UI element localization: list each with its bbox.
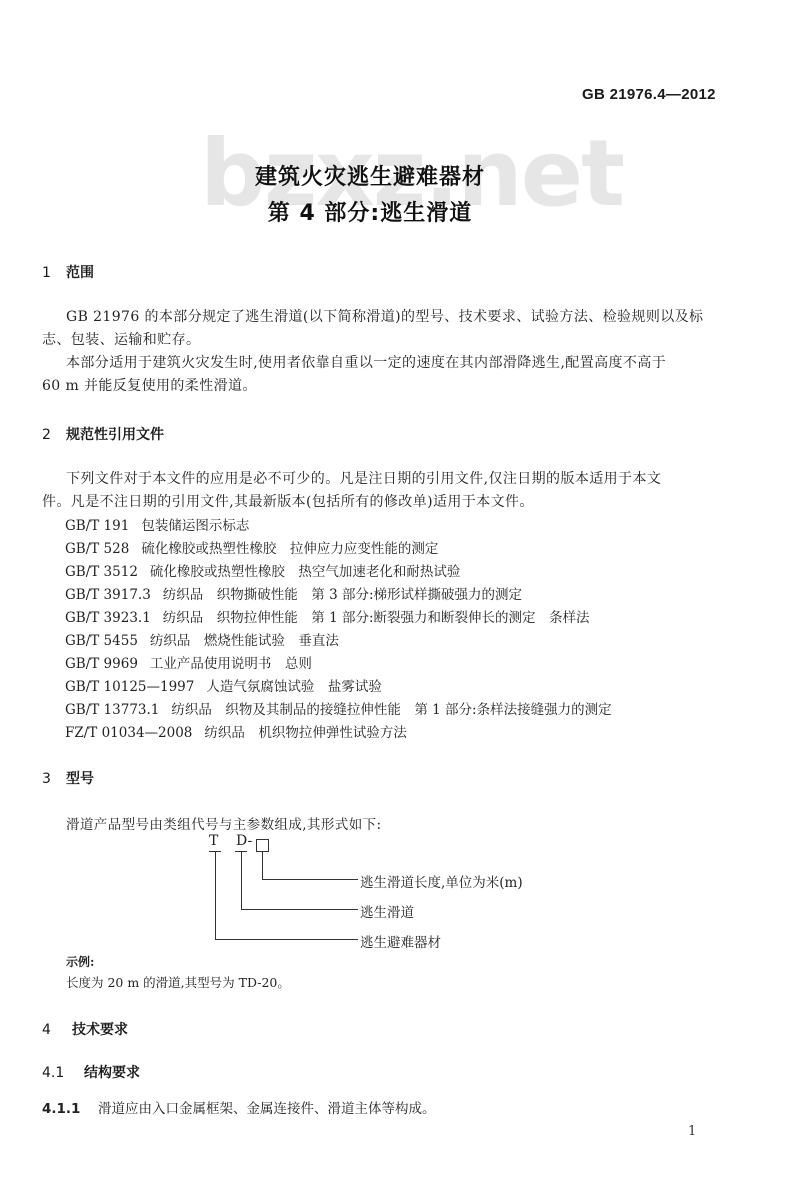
section-number: 2 — [42, 427, 66, 443]
diagram-connector — [215, 939, 358, 940]
clause-4-1-1: 4.1.1滑道应由入口金属框架、金属连接件、滑道主体等构成。 — [42, 1097, 436, 1117]
reference-code: GB/T 3512 — [65, 564, 138, 580]
reference-item: GB/T 3923.1纺织品 织物拉伸性能 第 1 部分:断裂强力和断裂伸长的测… — [65, 606, 590, 626]
diagram-connector — [241, 851, 242, 910]
section-3-heading: 3型号 — [42, 768, 94, 788]
reference-code: GB/T 528 — [65, 541, 129, 557]
section-number: 4 — [42, 1022, 72, 1038]
section-title: 范围 — [66, 265, 94, 281]
reference-title: 硫化橡胶或热塑性橡胶 拉伸应力应变性能的测定 — [141, 541, 438, 557]
page-number: 1 — [688, 1124, 696, 1139]
paragraph: GB 21976 的本部分规定了逃生滑道(以下简称滑道)的型号、技术要求、试验方… — [66, 306, 703, 326]
paragraph: 滑道产品型号由类组代号与主参数组成,其形式如下: — [66, 813, 381, 833]
reference-code: GB/T 10125—1997 — [65, 679, 194, 695]
reference-item: GB/T 9969工业产品使用说明书 总则 — [65, 652, 312, 672]
section-2-heading: 2规范性引用文件 — [42, 424, 164, 444]
reference-item: GB/T 3512硫化橡胶或热塑性橡胶 热空气加速老化和耐热试验 — [65, 560, 460, 580]
section-4-heading: 4技术要求 — [42, 1019, 128, 1039]
clause-number: 4.1.1 — [42, 1101, 98, 1117]
reference-code: GB/T 13773.1 — [65, 702, 159, 718]
document-subtitle: 第 4 部分:逃生滑道 — [0, 196, 740, 227]
reference-code: FZ/T 01034—2008 — [65, 725, 192, 741]
reference-title: 人造气氛腐蚀试验 盐雾试验 — [206, 679, 382, 695]
reference-code: GB/T 191 — [65, 518, 129, 534]
paragraph: 件。凡是不注日期的引用文件,其最新版本(包括所有的修改单)适用于本文件。 — [42, 491, 534, 511]
reference-item: GB/T 13773.1纺织品 织物及其制品的接缝拉伸性能 第 1 部分:条样法… — [65, 698, 612, 718]
reference-title: 硫化橡胶或热塑性橡胶 热空气加速老化和耐热试验 — [150, 564, 461, 580]
subsection-number: 4.1 — [42, 1065, 84, 1081]
reference-title: 工业产品使用说明书 总则 — [150, 656, 312, 672]
section-title: 技术要求 — [72, 1022, 128, 1038]
reference-title: 包装储运图示标志 — [141, 518, 249, 534]
reference-title: 纺织品 织物撕破性能 第 3 部分:梯形试样撕破强力的测定 — [163, 587, 522, 603]
reference-item: GB/T 5455纺织品 燃烧性能试验 垂直法 — [65, 629, 339, 649]
clause-text: 滑道应由入口金属框架、金属连接件、滑道主体等构成。 — [98, 1101, 436, 1117]
diagram-connector — [262, 879, 358, 880]
reference-title: 纺织品 织物及其制品的接缝拉伸性能 第 1 部分:条样法接缝强力的测定 — [171, 702, 611, 718]
diagram-connector — [262, 851, 263, 880]
section-number: 3 — [42, 771, 66, 787]
section-1-heading: 1范围 — [42, 262, 94, 282]
diagram-char-d: D- — [236, 833, 252, 849]
reference-title: 纺织品 机织物拉伸弹性试验方法 — [204, 725, 407, 741]
reference-item: GB/T 528硫化橡胶或热塑性橡胶 拉伸应力应变性能的测定 — [65, 537, 438, 557]
reference-title: 纺织品 燃烧性能试验 垂直法 — [150, 633, 339, 649]
reference-item: GB/T 191包装储运图示标志 — [65, 514, 249, 534]
diagram-label-length: 逃生滑道长度,单位为米(m) — [360, 871, 523, 891]
reference-code: GB/T 9969 — [65, 656, 138, 672]
example-label: 示例: — [66, 953, 94, 970]
standard-code: GB 21976.4—2012 — [582, 86, 716, 103]
paragraph: 下列文件对于本文件的应用是必不可少的。凡是注日期的引用文件,仅注日期的版本适用于… — [66, 468, 661, 488]
section-title: 型号 — [66, 771, 94, 787]
document-title: 建筑火灾逃生避难器材 — [0, 160, 740, 191]
section-title: 规范性引用文件 — [66, 427, 164, 443]
diagram-char-t: T — [209, 833, 218, 849]
diagram-connector — [215, 851, 216, 940]
example-text: 长度为 20 m 的滑道,其型号为 TD-20。 — [66, 973, 290, 991]
reference-code: GB/T 3917.3 — [65, 587, 151, 603]
section-number: 1 — [42, 265, 66, 281]
reference-code: GB/T 3923.1 — [65, 610, 151, 626]
paragraph: 60 m 并能反复使用的柔性滑道。 — [42, 375, 257, 395]
diagram-label-equipment: 逃生避难器材 — [360, 931, 441, 951]
reference-item: GB/T 10125—1997人造气氛腐蚀试验 盐雾试验 — [65, 675, 382, 695]
diagram-connector — [241, 909, 358, 910]
reference-item: GB/T 3917.3纺织品 织物撕破性能 第 3 部分:梯形试样撕破强力的测定 — [65, 583, 522, 603]
subsection-4-1-heading: 4.1结构要求 — [42, 1062, 140, 1082]
reference-title: 纺织品 织物拉伸性能 第 1 部分:断裂强力和断裂伸长的测定 条样法 — [163, 610, 590, 626]
reference-item: FZ/T 01034—2008纺织品 机织物拉伸弹性试验方法 — [65, 721, 407, 741]
paragraph: 志、包装、运输和贮存。 — [42, 329, 200, 349]
diagram-label-chute: 逃生滑道 — [360, 901, 414, 921]
paragraph: 本部分适用于建筑火灾发生时,使用者依靠自重以一定的速度在其内部滑降逃生,配置高度… — [66, 352, 666, 372]
reference-code: GB/T 5455 — [65, 633, 138, 649]
subsection-title: 结构要求 — [84, 1065, 140, 1081]
